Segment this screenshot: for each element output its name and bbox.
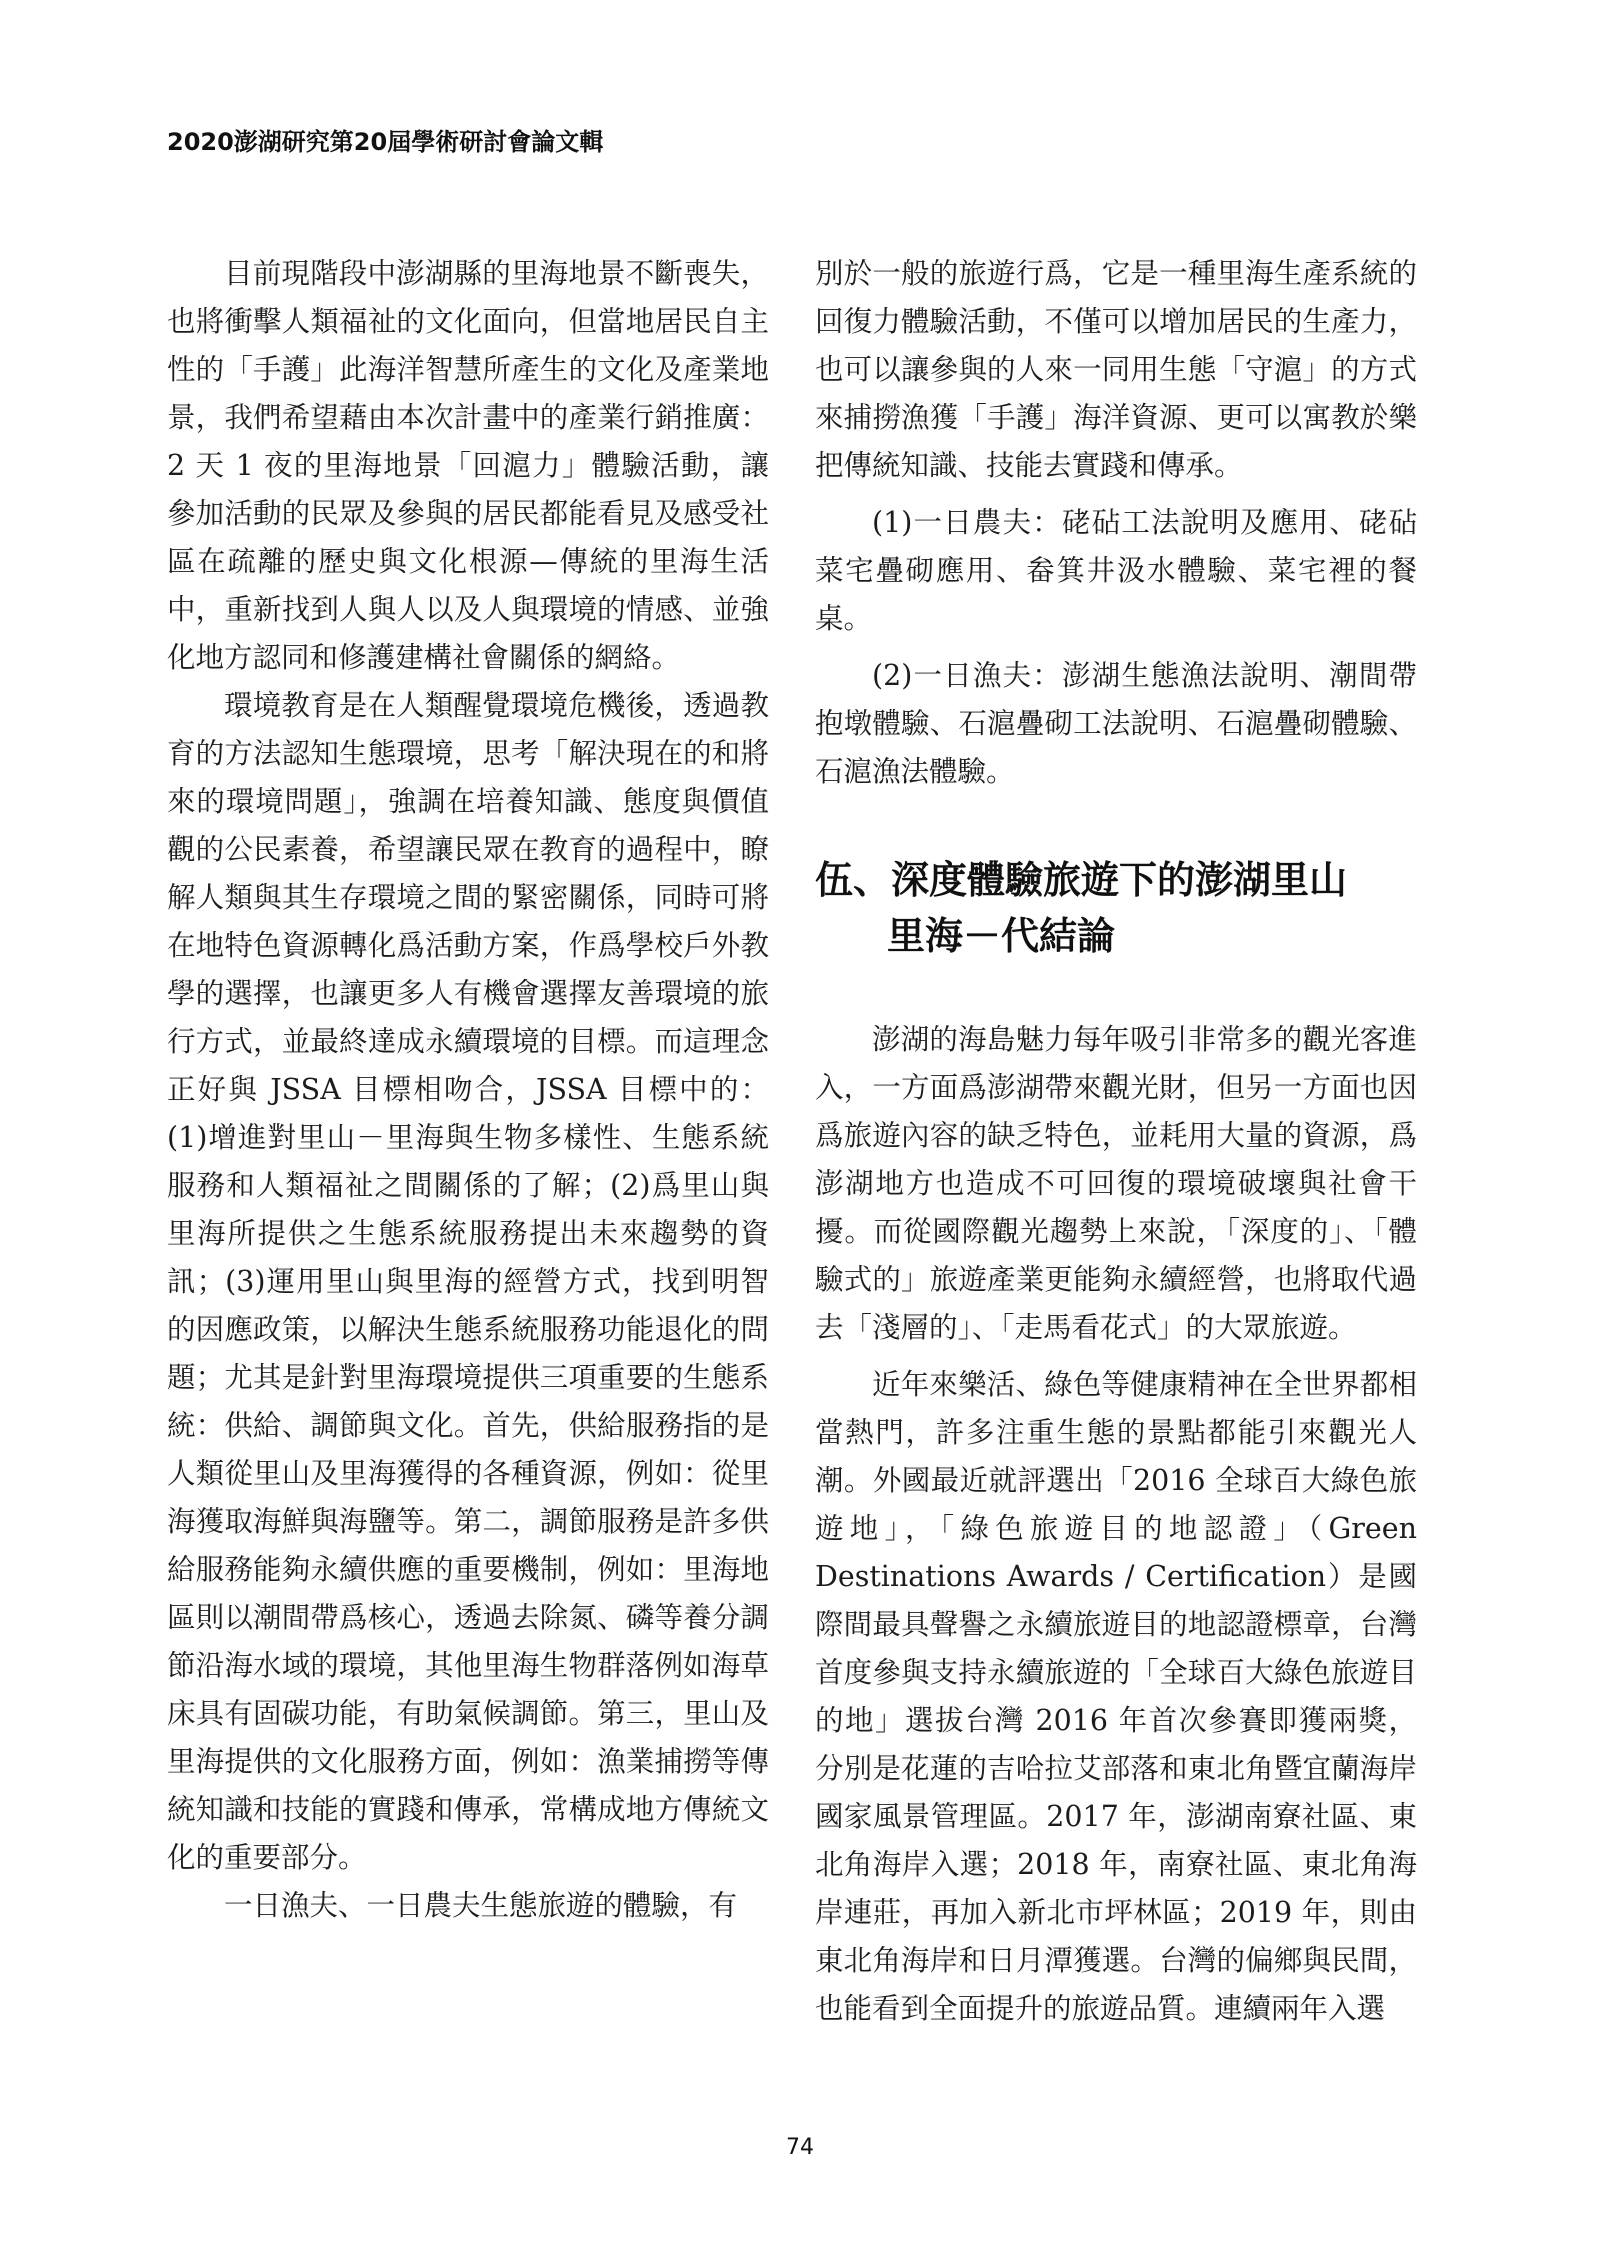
section-heading-line-1: 伍、深度體驗旅遊下的澎湖里山 [815,857,1347,902]
right-column: 別於一般的旅遊行爲，它是一種里海生產系統的回復力體驗活動，不僅可以增加居民的生產… [815,250,1417,2033]
list-item: (2)一日漁夫：澎湖生態漁法說明、潮間帶抱墩體驗、石滬疊砌工法說明、石滬疊砌體驗… [815,652,1417,796]
list-item: (1)一日農夫：硓砧工法說明及應用、硓砧菜宅疊砌應用、畚箕井汲水體驗、菜宅裡的餐… [815,499,1417,643]
paragraph: 目前現階段中澎湖縣的里海地景不斷喪失，也將衝擊人類福祉的文化面向，但當地居民自主… [167,250,769,682]
paragraph: 澎湖的海島魅力每年吸引非常多的觀光客進入，一方面爲澎湖帶來觀光財，但另一方面也因… [815,1016,1417,1352]
paragraph-continuation: 別於一般的旅遊行爲，它是一種里海生產系統的回復力體驗活動，不僅可以增加居民的生產… [815,250,1417,490]
running-header: 2020澎湖研究第20屆學術研討會論文輯 [167,122,603,157]
paragraph: 近年來樂活、綠色等健康精神在全世界都相當熱門，許多注重生態的景點都能引來觀光人潮… [815,1361,1417,2033]
left-column: 目前現階段中澎湖縣的里海地景不斷喪失，也將衝擊人類福祉的文化面向，但當地居民自主… [167,250,769,1930]
page-number: 74 [0,2135,1600,2160]
paragraph: 一日漁夫、一日農夫生態旅遊的體驗，有 [167,1882,769,1930]
section-heading-line-2: 里海－代結論 [815,908,1417,964]
section-heading: 伍、深度體驗旅遊下的澎湖里山 里海－代結論 [815,852,1417,964]
paragraph: 環境教育是在人類醒覺環境危機後，透過教育的方法認知生態環境，思考「解決現在的和將… [167,682,769,1882]
